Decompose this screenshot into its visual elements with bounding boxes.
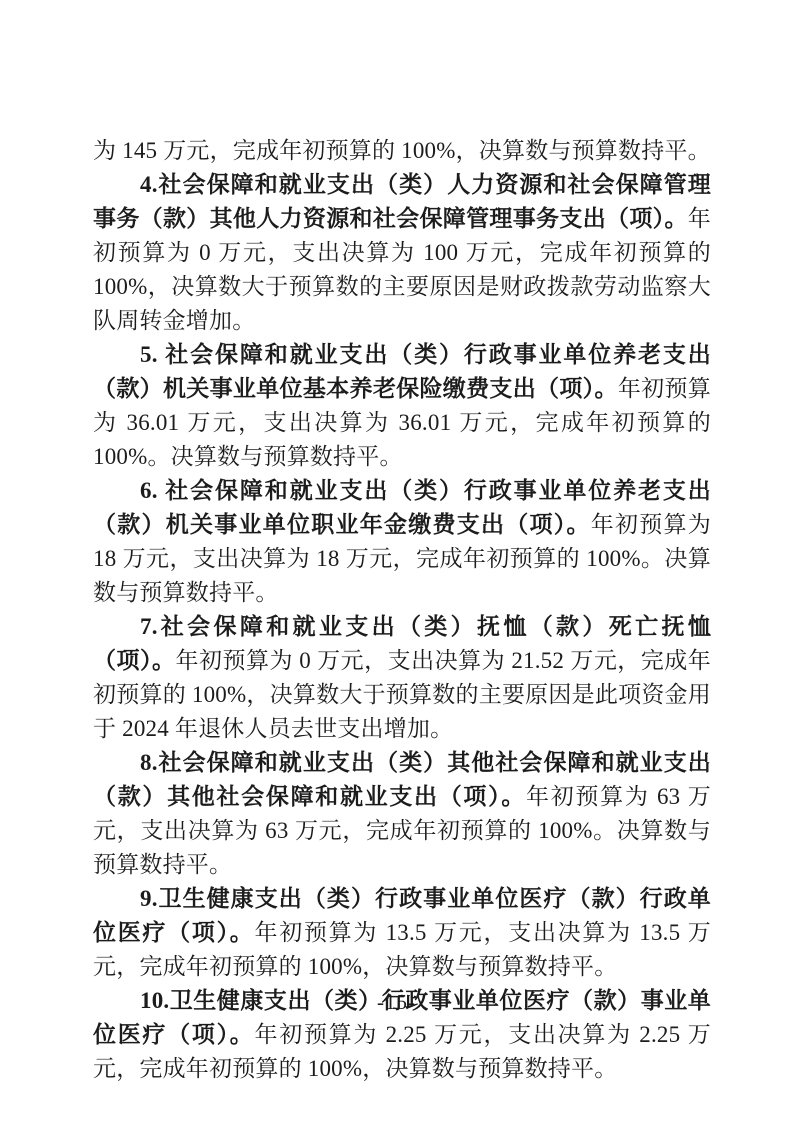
- paragraph-item-7: 7.社会保障和就业支出（类）抚恤（款）死亡抚恤（项）。年初预算为 0 万元，支出…: [93, 610, 711, 746]
- page-number: -15-: [0, 990, 793, 1015]
- document-page: 为 145 万元，完成年初预算的 100%，决算数与预算数持平。 4.社会保障和…: [0, 0, 793, 1122]
- paragraph-item-9: 9.卫生健康支出（类）行政事业单位医疗（款）行政单位医疗（项）。年初预算为 13…: [93, 882, 711, 984]
- paragraph-item-6: 6. 社会保障和就业支出（类）行政事业单位养老支出（款）机关事业单位职业年金缴费…: [93, 474, 711, 610]
- paragraph-heading: 4.社会保障和就业支出（类）人力资源和社会保障管理事务（款）其他人力资源和社会保…: [93, 172, 711, 231]
- paragraph-item-8: 8.社会保障和就业支出（类）其他社会保障和就业支出（款）其他社会保障和就业支出（…: [93, 746, 711, 882]
- paragraph-item-5: 5. 社会保障和就业支出（类）行政事业单位养老支出（款）机关事业单位基本养老保险…: [93, 338, 711, 474]
- paragraph-continuation: 为 145 万元，完成年初预算的 100%，决算数与预算数持平。: [93, 134, 711, 168]
- document-text-block: 为 145 万元，完成年初预算的 100%，决算数与预算数持平。 4.社会保障和…: [93, 134, 711, 1086]
- paragraph-body: 年初预算为 0 万元，支出决算为 21.52 万元，完成年初预算的 100%，决…: [93, 648, 711, 741]
- paragraph-item-4: 4.社会保障和就业支出（类）人力资源和社会保障管理事务（款）其他人力资源和社会保…: [93, 168, 711, 338]
